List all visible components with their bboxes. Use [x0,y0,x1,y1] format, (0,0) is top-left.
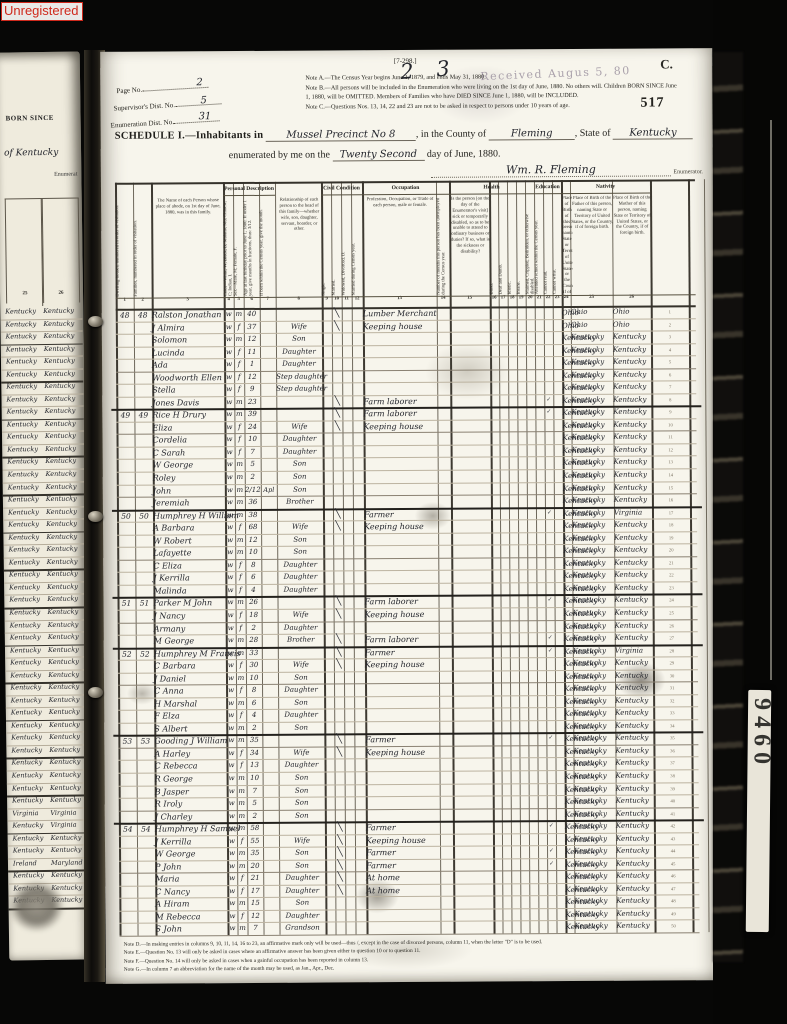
page-no-line: Page No. [116,82,208,95]
father-birthplace-entry: Kentucky [10,632,48,644]
father-birthplace-entry: Virginia [12,808,50,820]
father-birthplace-entry: Kentucky [9,594,47,606]
father-birthplace-entry: Kentucky [6,356,44,368]
note-b: Note B.—All persons will be included in … [305,82,677,102]
column-group-label: Education [534,180,561,194]
column-header: If born within the Census year, give the… [259,199,276,296]
father-birthplace-entry: Kentucky [10,682,48,694]
column-header: Single. [321,198,332,295]
binder-ring [88,511,103,522]
column-number: 20 [526,295,535,305]
father-birthplace-entry: Kentucky [6,381,44,393]
enumerator-label: Enumerator. [673,169,703,175]
column-group-label: Personal Description [223,182,275,196]
enumeration-dist-value: 31 [199,111,212,122]
father-birthplace-entry: Kentucky [11,732,49,744]
column-header: Married during Census year. [351,198,363,295]
column-number: 18 [508,295,517,305]
column-header: Age at last birthday prior to June 1, 18… [243,199,260,296]
mother-birthplace-entry: Kentucky [49,707,87,719]
mother-birthplace-entry: Kentucky [46,531,84,543]
mother-birthplace-entry: Kentucky [44,343,82,355]
mother-birthplace-entry: Kentucky [45,418,83,430]
mother-birthplace-entry: Kentucky [47,606,85,618]
mother-birthplace-entry: Kentucky [46,519,84,531]
torn-page-edges [713,52,743,962]
father-birthplace-entry: Kentucky [11,707,49,719]
mother-birthplace-entry: Kentucky [44,368,82,380]
column-number [651,294,689,304]
column-number: 17 [499,295,508,305]
father-birthplace-entry: Kentucky [7,456,45,468]
father-birthplace-entry: Kentucky [12,770,50,782]
column-header: Relationship of each person to the head … [275,198,324,296]
column-number: 5 [234,297,244,307]
father-birthplace-entry: Kentucky [5,319,43,331]
column-header: Married. [331,198,342,295]
column-number: 12 [352,296,363,306]
mother-birthplace-entry: Kentucky [43,318,81,330]
column-number: 23 [553,295,562,305]
column-number: 26 [613,295,651,305]
father-birthplace-entry: Kentucky [12,795,50,807]
father-birthplace-entry: Kentucky [9,557,47,569]
header-notes: Note A.—The Census Year begins June 1, 1… [305,72,677,113]
mother-birthplace-entry: Kentucky [47,569,85,581]
column-header: Place of Birth of the Mother of this per… [612,196,653,294]
father-birthplace-entry: Kentucky [8,507,46,519]
father-birthplace-entry: Kentucky [6,344,44,356]
father-birthplace-entry: Kentucky [12,782,50,794]
column-number: 9 [322,296,332,306]
mother-birthplace-entry: Kentucky [48,644,86,656]
mother-birthplace-entry: Virginia [50,807,88,819]
father-birthplace-entry: Kentucky [8,482,46,494]
column-number: 19 [517,295,526,305]
county-entry: Fleming [489,128,575,141]
census-table: Personal DescriptionCivil ConditionOccup… [115,179,700,937]
mother-birthplace-entry: Kentucky [50,769,88,781]
father-birthplace-entry: Kentucky [5,306,43,318]
unregistered-watermark: Unregistered [1,2,83,21]
father-birthplace-entry: Kentucky [10,657,48,669]
mother-birthplace-entry: Kentucky [45,468,83,480]
mother-birthplace-entry: Kentucky [51,832,89,844]
father-birthplace-entry: Kentucky [7,444,45,456]
schedule-title-line: SCHEDULE I.—Inhabitants in Mussel Precin… [115,127,700,143]
father-birthplace-entry: Kentucky [8,532,46,544]
mother-birthplace-entry: Kentucky [44,381,82,393]
column-header: Sex—Male, M; Female, F. [233,199,244,296]
column-number: 11 [342,296,352,306]
father-birthplace-entry: Kentucky [7,431,45,443]
film-edge-line [770,120,772,680]
enumeration-date-entry: Twenty Second [332,149,424,162]
left-page-col-number: 26 [43,290,79,296]
mother-birthplace-entry: Kentucky [48,657,86,669]
mother-birthplace-entry: Kentucky [43,305,81,317]
born-since-label: BORN SINCE [6,114,54,123]
mother-birthplace-entry: Kentucky [50,794,88,806]
column-header: The Name of each Person whose place of a… [151,198,226,296]
father-birthplace-entry: Kentucky [6,331,44,343]
mother-birthplace-entry: Kentucky [47,594,85,606]
enumerator-signature: Wm. R. Fleming [431,162,671,177]
mother-birthplace-entry: Kentucky [49,732,87,744]
mother-birthplace-entry: Kentucky [50,782,88,794]
census-scan-page: Unregistered BORN SINCE of Kentucky Enum… [0,0,787,1024]
column-number: 13 [363,296,437,306]
footer-notes: Note D.—In making entries in columns 9, … [124,937,690,974]
spine-label-strip: 9460 [746,690,772,932]
enumerated-line: enumerated by me on the Twenty Second da… [229,148,501,162]
mother-birthplace-entry: Kentucky [46,494,84,506]
mother-birthplace-entry: Kentucky [49,744,87,756]
column-number: 3 [152,297,224,307]
father-birthplace-entry: Kentucky [12,757,50,769]
column-number: 15 [450,296,490,306]
father-birthplace-entry: Kentucky [11,745,49,757]
column-number: 2 [134,298,152,308]
column-header: Color—White, W; Black, B; Mulatto, Mu; C… [223,199,234,296]
paper-tear-stain [8,880,65,933]
mother-birthplace-entry: Kentucky [49,719,87,731]
page-no-value: 2 [196,77,202,88]
binder-ring [88,687,103,698]
place-entry: Mussel Precinct No 8 [266,129,416,142]
mother-birthplace-entry: Kentucky [48,669,86,681]
father-birthplace-entry: Kentucky [6,394,44,406]
column-number: 1 [116,298,134,308]
column-group-label: Nativity [561,180,650,195]
mother-birthplace-entry: Kentucky [47,581,85,593]
column-group-label: Health [449,180,534,195]
column-header: Number of months this person has been un… [436,198,450,295]
left-page-script: of Kentucky [4,148,58,159]
left-page-col-number: 25 [7,291,43,297]
mother-birthplace-entry: Kentucky [46,506,84,518]
column-header: Families, numbered in order of visitatio… [133,200,152,297]
column-rule [704,179,710,932]
father-birthplace-entry: Kentucky [8,519,46,531]
column-header: Is the person [on the day of the Enumera… [449,196,492,294]
father-birthplace-entry: Kentucky [9,544,47,556]
column-number: 25 [571,295,613,305]
mother-birthplace-entry: Kentucky [49,694,87,706]
left-page-enumerator-label: Enumerat [54,172,77,178]
column-number: 8 [276,297,322,307]
father-birthplace-entry: Kentucky [8,494,46,506]
mother-birthplace-entry: Kentucky [50,757,88,769]
mother-birthplace-entry: Kentucky [45,431,83,443]
father-birthplace-entry: Kentucky [10,670,48,682]
mother-birthplace-entry: Kentucky [48,682,86,694]
father-birthplace-entry: Kentucky [10,645,48,657]
column-number: 6 [244,297,260,307]
mother-birthplace-entry: Kentucky [45,406,83,418]
spine-label-digits: 9460 [747,698,775,770]
father-birthplace-entry: Kentucky [7,419,45,431]
column-number: 24 [562,295,571,305]
corner-letter: C. [660,56,673,72]
father-birthplace-entry: Kentucky [10,619,48,631]
supervisor-dist-value: 5 [200,95,206,106]
father-birthplace-entry: Kentucky [9,582,47,594]
column-number: 21 [535,295,544,305]
father-birthplace-entry: Kentucky [7,469,45,481]
father-birthplace-entry: Kentucky [13,833,51,845]
column-header: Place of Birth of the Father of this per… [570,196,615,294]
left-page-birthplace-rows: KentuckyKentuckyKentuckyKentuckyKentucky… [0,51,80,52]
column-number: 10 [332,296,342,306]
note-c: Note C.—Questions Nos. 13, 14, 22 and 23… [305,101,677,112]
binder-ring [88,316,103,327]
column-number: 14 [437,296,450,306]
mother-birthplace-entry: Kentucky [46,481,84,493]
column-number: 16 [490,295,499,305]
column-header: Dwelling-houses, numbered in order of vi… [115,200,134,297]
column-number: 22 [544,295,553,305]
father-birthplace-entry: Kentucky [12,820,50,832]
column-header: Widowed, Divorced, D. [341,198,352,295]
column-number: 4 [224,297,234,307]
father-birthplace-entry: Kentucky [9,569,47,581]
father-birthplace-entry: Kentucky [9,607,47,619]
mother-birthplace-entry: Virginia [50,820,88,832]
father-birthplace-entry: Kentucky [6,369,44,381]
column-header: Profession, Occupation, or Trade of each… [362,197,439,295]
mother-birthplace-entry: Kentucky [44,393,82,405]
mother-birthplace-entry: Kentucky [44,356,82,368]
mother-birthplace-entry: Kentucky [45,443,83,455]
father-birthplace-entry: Kentucky [13,845,51,857]
mother-birthplace-entry: Kentucky [48,619,86,631]
father-birthplace-entry: Kentucky [7,406,45,418]
census-form-page: [7-298.] C. 2 3 Received Augus 5, 80 517… [100,48,718,984]
mother-birthplace-entry: Kentucky [44,331,82,343]
father-birthplace-entry: Kentucky [11,695,49,707]
column-group-label: Civil Condition [321,181,362,195]
column-group-label: Occupation [362,181,449,196]
mother-birthplace-entry: Kentucky [45,456,83,468]
mother-birthplace-entry: Kentucky [47,544,85,556]
mother-birthplace-entry: Kentucky [47,556,85,568]
father-birthplace-entry: Ireland [13,858,51,870]
column-number: 7 [260,297,276,307]
mother-birthplace-entry: Kentucky [48,631,86,643]
previous-page-edge: BORN SINCE of Kentucky Enumerat 25 26 Ke… [0,51,92,960]
state-entry: Kentucky [613,127,693,139]
father-birthplace-entry: Kentucky [11,720,49,732]
